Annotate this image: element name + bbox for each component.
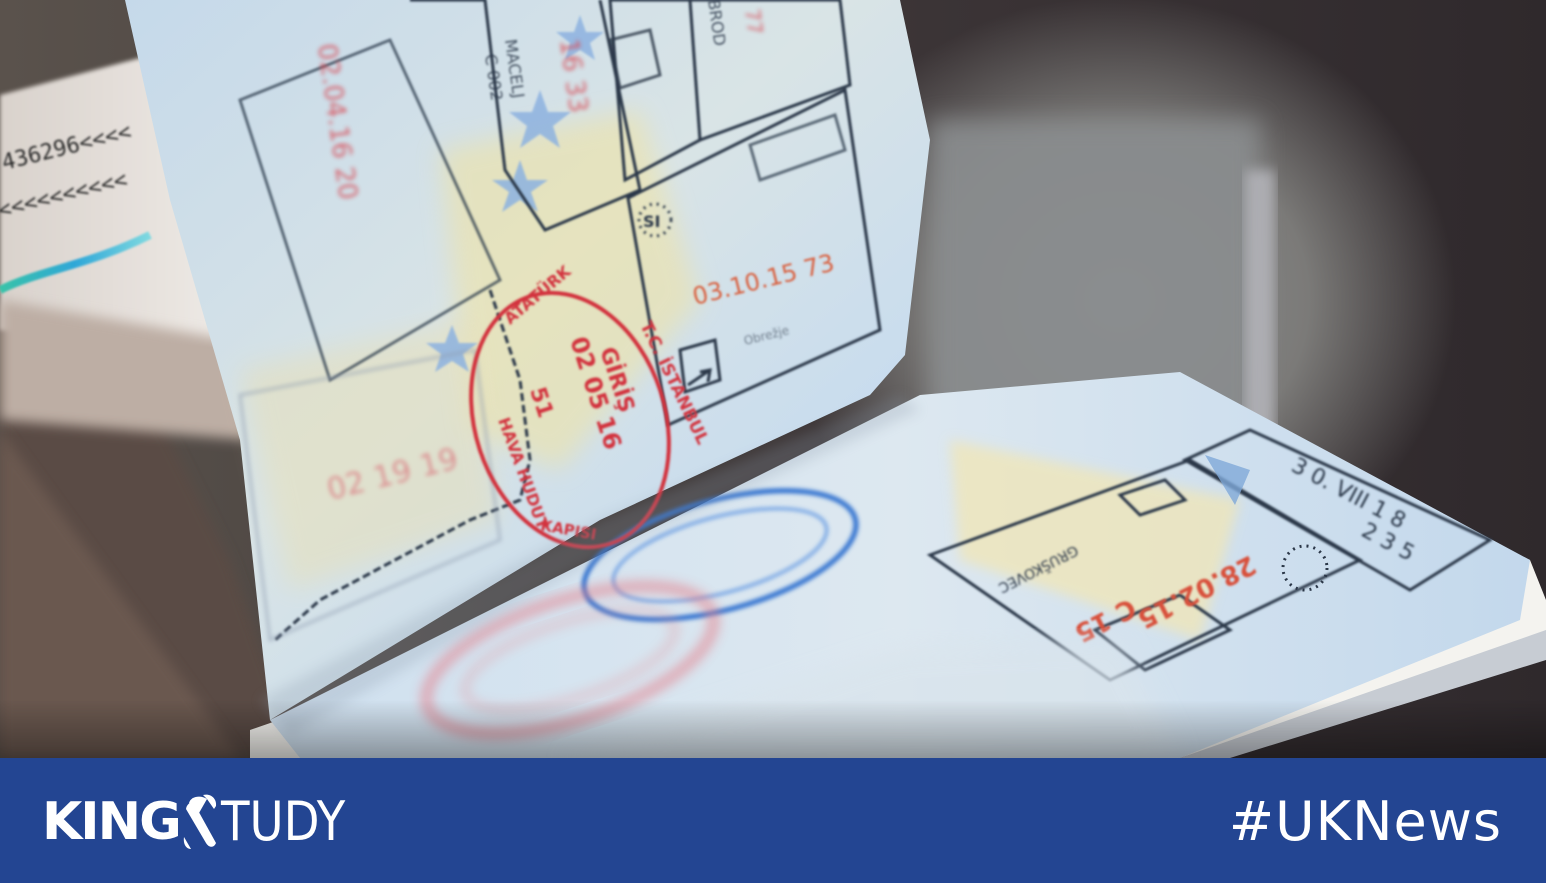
logo-text-bold: KING — [42, 796, 180, 848]
svg-text:SI: SI — [643, 212, 660, 231]
footer-bar: KING TUDY #UKNews — [0, 758, 1546, 883]
kingstudy-logo: KING TUDY — [42, 794, 350, 850]
passport-illustration: 436296<<<< <<<<<<<<<< 28.02.15 C 15 — [0, 0, 1546, 758]
logo-text-light: TUDY — [221, 795, 345, 849]
hashtag-label: #UKNews — [1229, 792, 1502, 851]
svg-text:77: 77 — [740, 7, 767, 36]
passport-photo: 436296<<<< <<<<<<<<<< 28.02.15 C 15 — [0, 0, 1546, 758]
logo-s-icon — [181, 793, 219, 851]
banner-image: 436296<<<< <<<<<<<<<< 28.02.15 C 15 — [0, 0, 1546, 883]
